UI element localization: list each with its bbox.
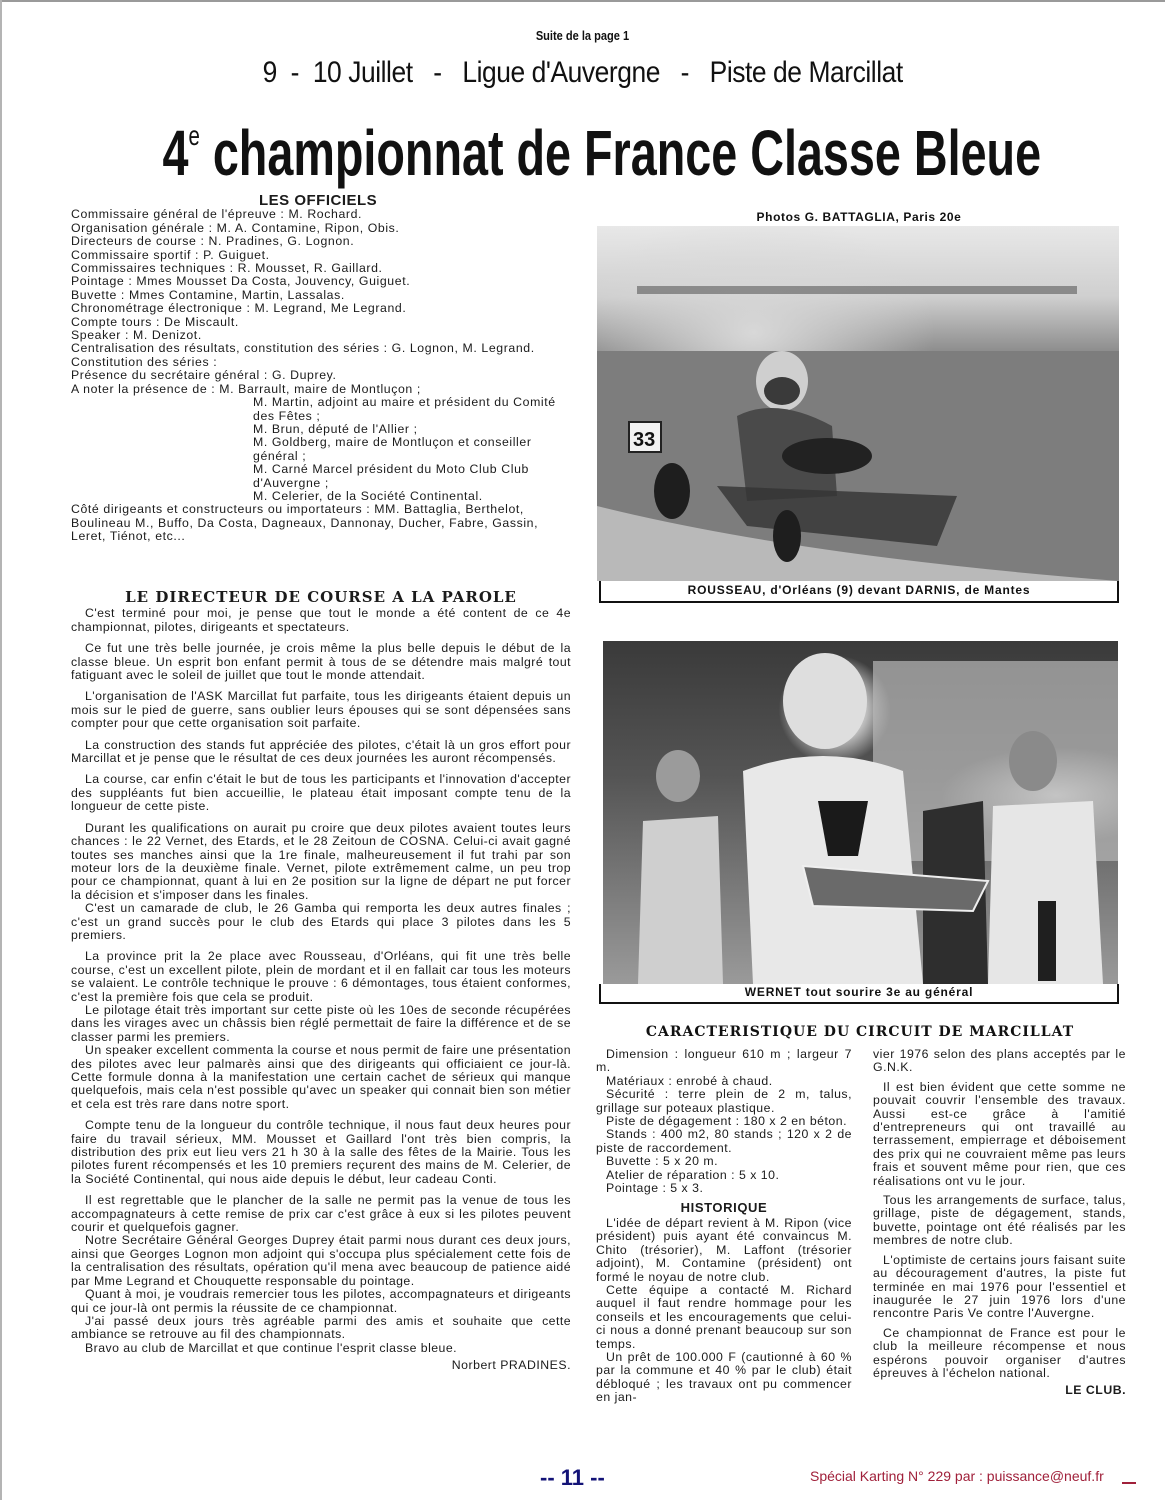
- spec-line: Piste de dégagement : 180 x 2 en béton.: [596, 1115, 852, 1128]
- paragraph: C'est terminé pour moi, je pense que tou…: [71, 607, 571, 634]
- officiel-line: Présence du secrétaire général : G. Dupr…: [71, 369, 571, 382]
- paragraph: Ce fut une très belle journée, je crois …: [71, 642, 571, 682]
- directeur-title: LE DIRECTEUR DE COURSE A LA PAROLE: [71, 591, 571, 604]
- trophy-illustration: [603, 641, 1118, 984]
- paragraph: Bravo au club de Marcillat et que contin…: [71, 1342, 571, 1355]
- historique-paragraph: vier 1976 selon des plans acceptés par l…: [873, 1048, 1126, 1075]
- spec-line: Atelier de réparation : 5 x 10.: [596, 1169, 852, 1182]
- directeur-section: LE DIRECTEUR DE COURSE A LA PAROLE C'est…: [71, 591, 571, 1373]
- page-number: -- 11 --: [540, 1465, 605, 1491]
- paragraph: Durant les qualifications on aurait pu c…: [71, 822, 571, 902]
- kart-photo-caption: ROUSSEAU, d'Orléans (9) devant DARNIS, d…: [599, 581, 1119, 603]
- page-title: 4e championnat de France Classe Bleue: [0, 100, 1165, 189]
- spec-line: Sécurité : terre plein de 2 m, talus, gr…: [596, 1088, 852, 1115]
- trophy-photo-caption: WERNET tout sourire 3e au général: [599, 984, 1119, 1004]
- page-border-left: [0, 0, 2, 1500]
- officiel-line: Chronométrage électronique : M. Legrand,…: [71, 302, 571, 315]
- presence-line: M. Goldberg, maire de Montluçon et conse…: [71, 436, 571, 463]
- paragraph: Compte tenu de la longueur du contrôle t…: [71, 1119, 571, 1186]
- officiel-line: A noter la présence de : M. Barrault, ma…: [71, 383, 571, 396]
- historique-paragraph: Il est bien évident que cette somme ne p…: [873, 1081, 1126, 1188]
- officiel-line: Directeurs de course : N. Pradines, G. L…: [71, 235, 571, 248]
- kart-illustration: 33: [597, 226, 1119, 581]
- officiels-title: LES OFFICIELS: [71, 194, 571, 207]
- footer-underline: [1122, 1482, 1136, 1484]
- paragraph: Notre Secrétaire Général Georges Duprey …: [71, 1234, 571, 1288]
- continuation-note: Suite de la page 1: [87, 28, 1077, 43]
- paragraph: La province prit la 2e place avec Rousse…: [71, 950, 571, 1004]
- trophy-photo: [603, 641, 1118, 984]
- spec-line: Buvette : 5 x 20 m.: [596, 1155, 852, 1168]
- officiel-line: Buvette : Mmes Contamine, Martin, Lassal…: [71, 289, 571, 302]
- officiel-line: Commissaire sportif : P. Guiguet.: [71, 249, 571, 262]
- title-text: championnat de France Classe Bleue: [200, 117, 1041, 189]
- presence-line: M. Brun, député de l'Allier ;: [71, 423, 571, 436]
- event-kicker-text: 9 - 10 Juillet - Ligue d'Auvergne - Pist…: [262, 56, 902, 90]
- circuit-specs-column: Dimension : longueur 610 m ; largeur 7 m…: [596, 1048, 852, 1405]
- presence-line: M. Martin, adjoint au maire et président…: [71, 396, 571, 423]
- paragraph: C'est un camarade de club, le 26 Gamba q…: [71, 902, 571, 942]
- officiel-line: Commissaire général de l'épreuve : M. Ro…: [71, 208, 571, 221]
- constructeurs-line: Côté dirigeants et constructeurs ou impo…: [71, 503, 571, 543]
- title-superscript: e: [188, 120, 199, 151]
- circuit-title: CARACTERISTIQUE DU CIRCUIT DE MARCILLAT: [600, 1024, 1120, 1040]
- officiel-line: Pointage : Mmes Mousset Da Costa, Jouven…: [71, 275, 571, 288]
- officiel-line: Speaker : M. Denizot.: [71, 329, 571, 342]
- paragraph: Un speaker excellent commenta la course …: [71, 1044, 571, 1111]
- historique-title: HISTORIQUE: [596, 1201, 852, 1214]
- page-border-top: [0, 0, 1165, 2]
- footer-credit: Spécial Karting N° 229 par : puissance@n…: [810, 1468, 1104, 1484]
- club-signature: LE CLUB.: [873, 1384, 1126, 1397]
- spec-line: Dimension : longueur 610 m ; largeur 7 m…: [596, 1048, 852, 1075]
- historique-right-column: vier 1976 selon des plans acceptés par l…: [873, 1048, 1126, 1398]
- historique-paragraph: L'idée de départ revient à M. Ripon (vic…: [596, 1217, 852, 1284]
- title-number: 4: [162, 117, 188, 189]
- historique-paragraph: Un prêt de 100.000 F (cautionné à 60 % p…: [596, 1351, 852, 1405]
- paragraph: La course, car enfin c'était le but de t…: [71, 773, 571, 813]
- officiels-section: LES OFFICIELS Commissaire général de l'é…: [71, 194, 571, 544]
- officiel-line: Compte tours : De Miscault.: [71, 316, 571, 329]
- spec-line: Matériaux : enrobé à chaud.: [596, 1075, 852, 1088]
- directeur-signature: Norbert PRADINES.: [71, 1359, 571, 1372]
- photo-credit: Photos G. BATTAGLIA, Paris 20e: [598, 210, 1120, 224]
- spec-line: Stands : 400 m2, 80 stands ; 120 x 2 de …: [596, 1128, 852, 1155]
- spec-line: Pointage : 5 x 3.: [596, 1182, 852, 1195]
- paragraph: J'ai passé deux jours très agréable parm…: [71, 1315, 571, 1342]
- officiel-line: Constitution des séries :: [71, 356, 571, 369]
- presence-line: M. Carné Marcel président du Moto Club C…: [71, 463, 571, 490]
- paragraph: La construction des stands fut appréciée…: [71, 739, 571, 766]
- kart-number: 33: [633, 429, 655, 451]
- presence-line: M. Celerier, de la Société Continental.: [71, 490, 571, 503]
- event-kicker: 9 - 10 Juillet - Ligue d'Auvergne - Pist…: [0, 56, 1165, 90]
- kart-race-photo: 33: [597, 226, 1119, 581]
- officiel-line: Organisation générale : M. A. Contamine,…: [71, 222, 571, 235]
- historique-paragraph: Cette équipe a contacté M. Richard auque…: [596, 1284, 852, 1351]
- paragraph: L'organisation de l'ASK Marcillat fut pa…: [71, 690, 571, 730]
- historique-paragraph: L'optimiste de certains jours faisant su…: [873, 1254, 1126, 1321]
- officiel-line: Commissaires techniques : R. Mousset, R.…: [71, 262, 571, 275]
- historique-paragraph: Tous les arrangements de surface, talus,…: [873, 1194, 1126, 1248]
- paragraph: Il est regrettable que le plancher de la…: [71, 1194, 571, 1234]
- paragraph: Le pilotage était très important sur cet…: [71, 1004, 571, 1044]
- historique-paragraph: Ce championnat de France est pour le clu…: [873, 1327, 1126, 1381]
- officiel-line: Centralisation des résultats, constituti…: [71, 342, 571, 355]
- paragraph: Quant à moi, je voudrais remercier tous …: [71, 1288, 571, 1315]
